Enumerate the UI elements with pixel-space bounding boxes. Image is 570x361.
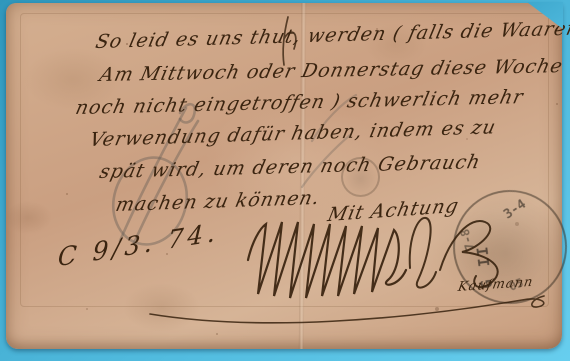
postcard: 3-4 7-8 G II 05 So leid es uns thut, wer…	[6, 3, 562, 349]
signature-flourish	[140, 208, 566, 333]
scan-background: { "scene": { "type": "scanned handwritte…	[0, 0, 570, 361]
